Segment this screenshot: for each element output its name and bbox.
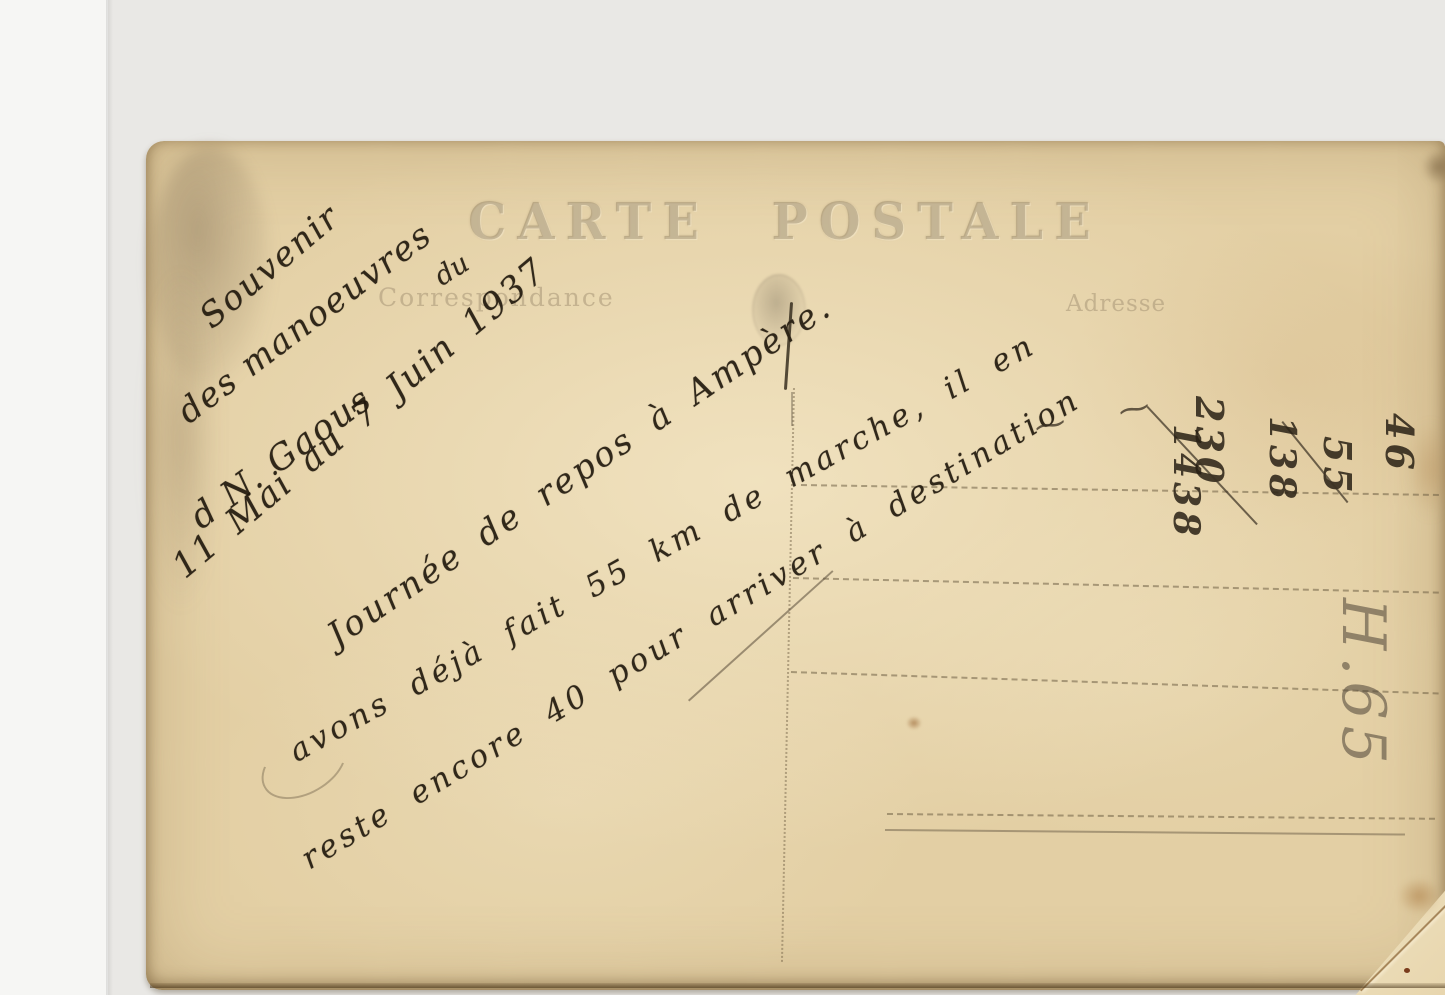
background-seam <box>106 0 113 995</box>
card-bottom-edge-shadow <box>150 983 1445 988</box>
calc-number-138: 138 <box>1261 416 1303 503</box>
printed-adresse-label: Adresse <box>1066 291 1166 317</box>
printed-title: CARTE POSTALE <box>468 193 1102 252</box>
pencil-note-h65: H.65 <box>1328 598 1398 770</box>
calc-number-1438: 1438 <box>1165 424 1207 540</box>
scanner-background-strip <box>0 0 108 995</box>
postcard-scan: CARTE POSTALE Correspondance Adresse Sou… <box>0 0 1445 995</box>
ink-descender-tail <box>791 392 793 426</box>
calc-number-46: 46 <box>1377 413 1422 474</box>
corner-speck <box>1404 968 1410 973</box>
